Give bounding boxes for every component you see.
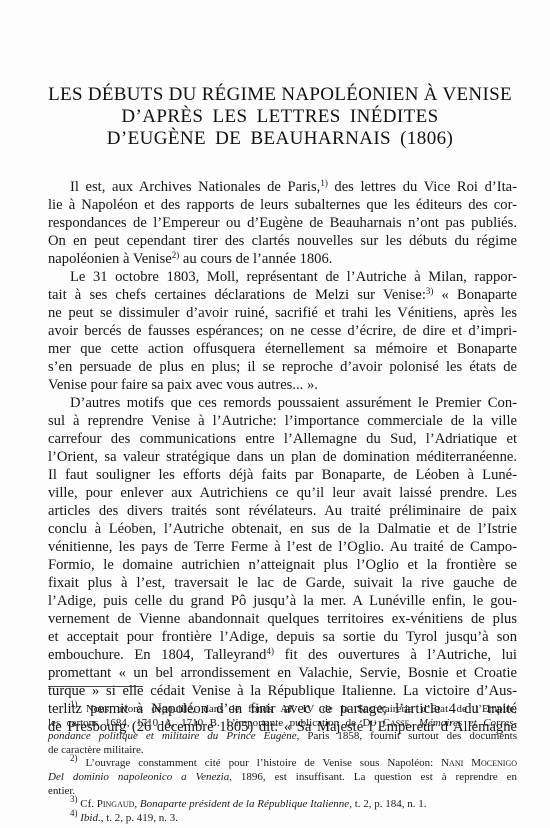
footnote-4: 4) Ibid., t. 2, p. 419, n. 3.	[48, 812, 517, 826]
body-line: ne peut se dissimuler d’avoir ruiné, sac…	[48, 304, 517, 322]
body-line: vernement de Vienne abandonnait quelques…	[48, 610, 517, 628]
book-title: Del dominio napoleonico a Venezia	[48, 771, 229, 783]
article-body: Il est, aux Archives Nationales de Paris…	[48, 178, 517, 736]
footnote-separator	[48, 686, 143, 687]
footnotes: 1) Nous avons dépouillé, dans le fonds A…	[48, 703, 517, 825]
footnote-number: 4)	[70, 808, 78, 818]
body-line: avoir bercés de fausses espérances; on n…	[48, 322, 517, 340]
book-title: pondance politique et militaire du Princ…	[48, 730, 297, 742]
paragraph-2: Le 31 octobre 1803, Moll, représentant d…	[48, 268, 517, 394]
body-line: l’Orient, sa valeur stratégique dans un …	[48, 448, 517, 466]
footnote-3: 3) Cf. Pingaud, Bonaparte président de l…	[48, 798, 517, 812]
author-name: Pingaud	[97, 798, 135, 810]
body-line: respondances de l’Empereur ou d’Eugène d…	[48, 214, 517, 232]
title-line-3: D’EUGÈNE DE BEAUHARNAIS (1806)	[40, 128, 520, 150]
document-page: LES DÉBUTS DU RÉGIME NAPOLÉONIEN À VENIS…	[0, 0, 550, 828]
book-title: Mémoires et Corres-	[419, 717, 517, 729]
body-line: vénitienne, les pays de Terre Ferme à l’…	[48, 538, 517, 556]
footnote-number: 3)	[70, 794, 78, 804]
body-line: fixait plus à l’est, traversait le lac d…	[48, 574, 517, 592]
body-line: Le 31 octobre 1803, Moll, représentant d…	[48, 268, 517, 286]
body-line: turque » si elle cédait Venise à la Répu…	[48, 682, 517, 700]
body-line: Il faut souligner les efforts déjà faits…	[48, 466, 517, 484]
body-line: sul à reprendre Venise à l’Autriche: l’i…	[48, 412, 517, 430]
body-line: embouchure. En 1804, Talleyrand4) fit de…	[48, 646, 517, 664]
footnote-number: 2)	[70, 753, 78, 763]
body-line: mer que cette action offusquera éternell…	[48, 340, 517, 358]
body-line: promettant « un bel arrondissement en Va…	[48, 664, 517, 682]
body-line: s’en persuade de plus en plus; il se rep…	[48, 358, 517, 376]
body-line: et acceptait pour frontière l’Adige, dep…	[48, 628, 517, 646]
body-line: On en peut cependant tirer des clartés n…	[48, 232, 517, 250]
paragraph-1: Il est, aux Archives Nationales de Paris…	[48, 178, 517, 268]
footnote-2: 2) L’ouvrage constamment cité pour l’his…	[48, 757, 517, 798]
body-line: l’Adige, puis celle du grand Pô jusqu’à …	[48, 592, 517, 610]
body-line: tait à ses chefs certaines déclarations …	[48, 286, 517, 304]
body-line: Venise pour faire sa paix avec vous autr…	[48, 376, 517, 394]
body-line: lie à Napoléon et des rapports de leurs …	[48, 196, 517, 214]
footnote-number: 1)	[70, 699, 78, 709]
body-line: D’autres motifs que ces remords poussaie…	[48, 394, 517, 412]
footnote-ref-4[interactable]: 4)	[266, 646, 274, 656]
author-name: Nani Mocenigo	[441, 757, 517, 769]
body-line: carrefour des communications entre l’All…	[48, 430, 517, 448]
footnote-ref-1[interactable]: 1)	[320, 178, 328, 188]
body-line: ville, pour enlever aux Autrichiens ce q…	[48, 484, 517, 502]
footnote-1: 1) Nous avons dépouillé, dans le fonds A…	[48, 703, 517, 757]
article-title: LES DÉBUTS DU RÉGIME NAPOLÉONIEN À VENIS…	[40, 84, 520, 150]
book-title: Bonaparte président de la République Ita…	[140, 798, 349, 810]
body-line: napoléonien à Venise2) au cours de l’ann…	[48, 250, 517, 268]
paragraph-3: D’autres motifs que ces remords poussaie…	[48, 394, 517, 736]
body-line: conclu à Léoben, l’Autriche obtenait, en…	[48, 520, 517, 538]
title-line-1: LES DÉBUTS DU RÉGIME NAPOLÉONIEN À VENIS…	[40, 84, 520, 106]
body-line: articles des divers traités sont révélat…	[48, 502, 517, 520]
body-line: Formio, le domaine autrichien n’atteigna…	[48, 556, 517, 574]
body-line: Il est, aux Archives Nationales de Paris…	[48, 178, 517, 196]
author-name: Du Casse	[362, 717, 409, 729]
title-line-2: D’APRÈS LES LETTRES INÉDITES	[40, 106, 520, 128]
